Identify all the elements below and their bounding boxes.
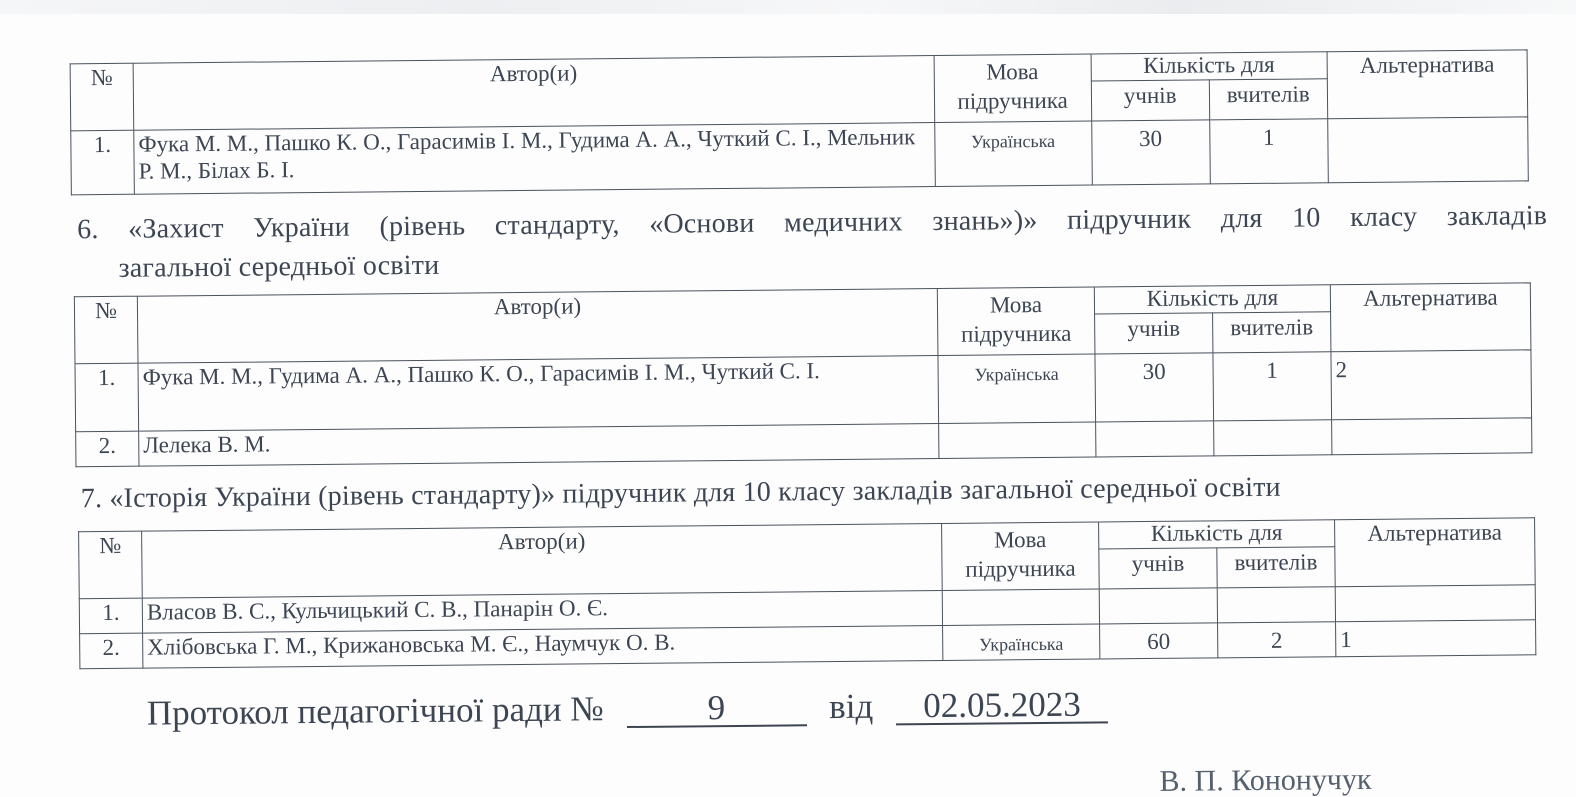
row-language: Українська [938, 354, 1096, 424]
row-number: 2. [80, 633, 143, 669]
header-quantity-for: Кількість для [1091, 52, 1327, 81]
signature-name: В. П. Кононучук [1159, 763, 1371, 797]
row-alternative [1328, 117, 1529, 183]
row-language [939, 422, 1096, 459]
row-authors: Фука М. М., Пашко К. О., Гарасимів І. М.… [134, 123, 935, 195]
row-teachers: 1 [1213, 352, 1332, 421]
header-students: учнів [1099, 548, 1217, 589]
header-alternative: Альтернатива [1330, 283, 1531, 352]
row-number: 1. [75, 363, 139, 432]
row-teachers: 1 [1209, 119, 1328, 184]
header-number: № [79, 531, 143, 599]
protocol-from-label: від [829, 687, 873, 726]
header-authors: Автор(и) [137, 289, 938, 364]
row-students: 30 [1095, 353, 1214, 422]
header-quantity-for: Кількість для [1099, 520, 1335, 549]
row-teachers [1214, 420, 1332, 456]
protocol-line: Протокол педагогічної ради № 9 від 02.05… [147, 684, 1109, 733]
row-alternative [1332, 418, 1532, 455]
row-language: Українська [934, 121, 1092, 187]
header-number: № [74, 296, 138, 364]
header-authors: Автор(и) [142, 523, 943, 598]
header-language: Мова підручника [937, 287, 1095, 356]
row-students [1099, 588, 1217, 624]
header-authors: Автор(и) [133, 56, 934, 131]
row-authors: Фука М. М., Гудима А. А., Пашко К. О., Г… [138, 356, 939, 432]
document-page: № Автор(и) Мова підручника Кількість для… [0, 0, 1576, 797]
header-teachers: вчителів [1217, 547, 1335, 588]
header-quantity-for: Кількість для [1094, 285, 1330, 314]
section-6-title-continued: загальної середньої освіти [118, 250, 439, 285]
header-language: Мова підручника [942, 522, 1100, 591]
row-language [942, 589, 1099, 626]
row-number: 2. [76, 431, 139, 467]
row-number: 1. [79, 598, 142, 634]
header-students: учнів [1095, 313, 1213, 354]
table-row: 1. Фука М. М., Пашко К. О., Гарасимів І.… [71, 117, 1529, 195]
row-teachers: 2 [1218, 622, 1336, 658]
row-authors: Лелека В. М. [139, 424, 939, 467]
header-teachers: вчителів [1213, 312, 1331, 353]
header-language: Мова підручника [934, 54, 1092, 123]
row-alternative [1335, 585, 1535, 622]
header-students: учнів [1091, 80, 1209, 121]
header-alternative: Альтернатива [1327, 50, 1528, 119]
row-authors: Хлібовська Г. М., Крижановська М. Є., На… [143, 625, 943, 668]
row-alternative: 1 [1336, 620, 1536, 657]
header-number: № [70, 63, 134, 131]
row-teachers [1217, 587, 1335, 623]
row-students: 60 [1100, 623, 1218, 659]
textbook-table-section-6: № Автор(и) Мова підручника Кількість для… [74, 282, 1533, 467]
header-alternative: Альтернатива [1335, 518, 1536, 587]
row-number: 1. [71, 130, 135, 195]
row-alternative: 2 [1331, 350, 1532, 420]
section-6-title: 6. «Захист України (рівень стандарту, «О… [77, 200, 1547, 246]
protocol-date: 02.05.2023 [896, 687, 1108, 725]
textbook-table-section-5: № Автор(и) Мова підручника Кількість для… [70, 49, 1529, 195]
textbook-table-section-7: № Автор(и) Мова підручника Кількість для… [78, 517, 1536, 669]
section-7-title: 7. «Історія України (рівень стандарту)» … [81, 472, 1281, 516]
protocol-number: 9 [626, 690, 806, 728]
header-teachers: вчителів [1209, 79, 1327, 120]
protocol-label: Протокол педагогічної ради № [147, 689, 604, 732]
row-students: 30 [1091, 120, 1210, 185]
row-language: Українська [943, 624, 1100, 661]
row-students [1096, 421, 1214, 457]
